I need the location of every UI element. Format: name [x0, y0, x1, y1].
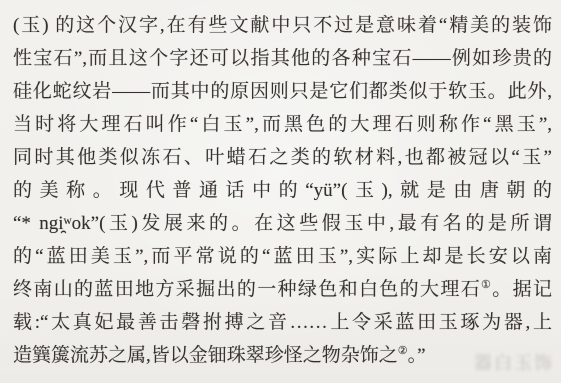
- text-line: “* ngi̯ʷok”(玉)发展来的。在这些假玉中,最有名的是所谓: [13, 207, 552, 240]
- text-segment: 同时其他类似冻石、叶蜡石之类的软材料,也都被冠以“玉”: [13, 147, 552, 168]
- text-line: 载:“太真妃最善击磬拊搏之音……上令采蓝田玉琢为器,上: [13, 306, 552, 339]
- text-segment: (玉) 的这个汉字,在有些文献中只不过是意味着“精美的装饰: [13, 15, 552, 36]
- text-line: 终南山的蓝田地方采掘出的一种绿色和白色的大理石①。据记: [13, 273, 552, 306]
- text-block: (玉) 的这个汉字,在有些文献中只不过是意味着“精美的装饰性宝石”,而且这个字还…: [13, 9, 552, 372]
- text-line: 同时其他类似冻石、叶蜡石之类的软材料,也都被冠以“玉”: [13, 141, 552, 174]
- text-segment: “* ngi̯ʷok”(玉)发展来的。在这些假玉中,最有名的是所谓: [13, 213, 552, 234]
- text-segment: 当时将大理石叫作“白玉”,而黑色的大理石则称作“黑玉”,: [13, 114, 552, 135]
- footnote-marker: ①: [481, 279, 492, 291]
- text-segment: 性宝石”,而且这个字还可以指其他的各种宝石——例如珍贵的: [13, 48, 552, 69]
- text-segment: 造簨簴流苏之属,皆以金钿珠翠珍怪之物杂饰之: [13, 345, 398, 366]
- text-segment: 的“蓝田美玉”,而平常说的“蓝田玉”,实际上却是长安以南: [13, 246, 552, 267]
- text-line: 性宝石”,而且这个字还可以指其他的各种宝石——例如珍贵的: [13, 42, 552, 75]
- bleed-through-text: 器白玉饰: [474, 349, 554, 375]
- footnote-marker: ②: [398, 345, 408, 357]
- text-segment: 终南山的蓝田地方采掘出的一种绿色和白色的大理石: [13, 279, 481, 300]
- text-segment: 硅化蛇纹岩——而其中的原因则只是它们都类似于软玉。此外,: [13, 81, 552, 102]
- text-segment: 。”: [408, 345, 426, 366]
- text-line: 的“蓝田美玉”,而平常说的“蓝田玉”,实际上却是长安以南: [13, 240, 552, 273]
- text-line: 当时将大理石叫作“白玉”,而黑色的大理石则称作“黑玉”,: [13, 108, 552, 141]
- scanned-page: (玉) 的这个汉字,在有些文献中只不过是意味着“精美的装饰性宝石”,而且这个字还…: [0, 0, 561, 383]
- text-line: (玉) 的这个汉字,在有些文献中只不过是意味着“精美的装饰: [13, 9, 552, 42]
- text-line: 造簨簴流苏之属,皆以金钿珠翠珍怪之物杂饰之②。”: [13, 339, 552, 372]
- text-line: 硅化蛇纹岩——而其中的原因则只是它们都类似于软玉。此外,: [13, 75, 552, 108]
- text-segment: 。据记: [492, 279, 552, 300]
- text-segment: 的美称。现代普通话中的“yü”(玉),就是由唐朝的: [13, 180, 552, 201]
- text-line: 的美称。现代普通话中的“yü”(玉),就是由唐朝的: [13, 174, 552, 207]
- text-segment: 载:“太真妃最善击磬拊搏之音……上令采蓝田玉琢为器,上: [13, 312, 552, 333]
